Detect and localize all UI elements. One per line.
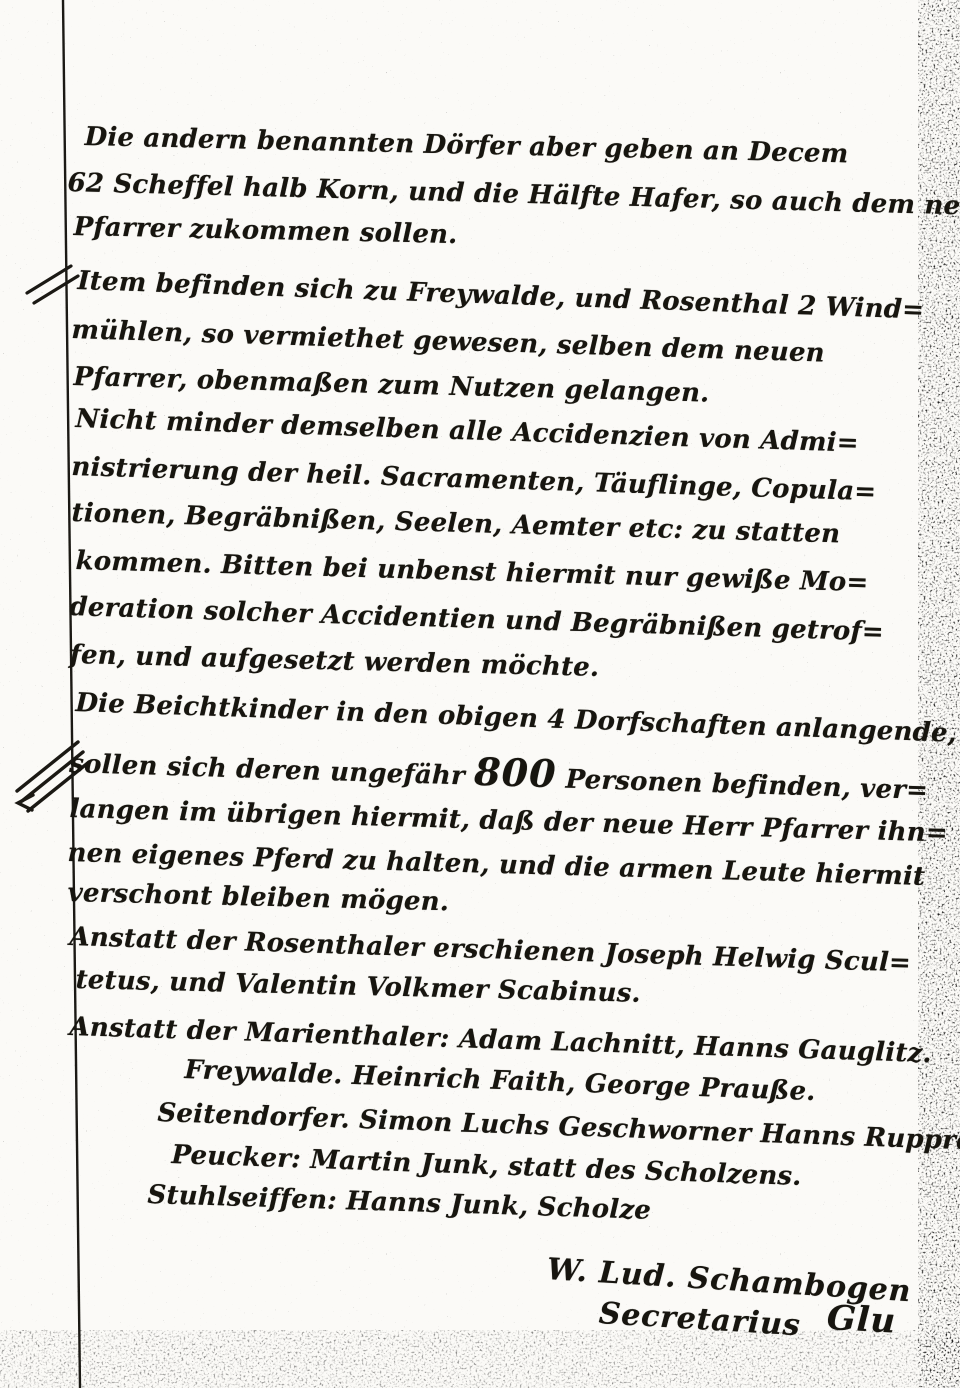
manuscript-line: fen, und aufgesetzt werden möchte. [69,640,599,683]
manuscript-line: sollen sich deren ungefähr 800 Personen … [69,740,929,806]
manuscript-page: Die andern benannten Dörfer aber geben a… [0,0,960,1388]
manuscript-text: Die andern benannten Dörfer aber geben a… [0,0,960,1388]
manuscript-line: Pfarrer zukommen sollen. [73,212,457,250]
signature-title: Secretarius [598,1296,802,1343]
manuscript-line: Die andern benannten Dörfer aber geben a… [84,122,848,169]
signature-flourish: Glu [826,1298,897,1342]
manuscript-line: Stuhlseiffen: Hanns Junk, Scholze [147,1180,651,1226]
manuscript-line: tionen, Begräbnißen, Seelen, Aemter etc:… [71,498,840,549]
emphasized-number-800: 800 [474,749,558,797]
manuscript-line: mühlen, so vermiethet gewesen, selben de… [71,315,825,369]
manuscript-line: Nicht minder demselben alle Accidenzien … [75,404,859,459]
manuscript-line: tetus, und Valentin Volkmer Scabinus. [75,965,641,1009]
manuscript-line: Die Beichtkinder in den obigen 4 Dorfsch… [75,688,958,749]
manuscript-line: Pfarrer, obenmaßen zum Nutzen gelangen. [73,362,710,409]
manuscript-line: Freywalde. Heinrich Faith, George Prauße… [184,1055,816,1107]
manuscript-line: nistrierung der heil. Sacramenten, Täufl… [71,452,877,507]
manuscript-line: Item befinden sich zu Freywalde, und Ros… [77,266,925,326]
manuscript-line: kommen. Bitten bei unbenst hiermit nur g… [75,546,869,598]
manuscript-line: verschont bleiben mögen. [67,878,449,917]
line-text: Personen befinden, ver= [556,764,929,806]
line-text: sollen sich deren ungefähr [69,749,475,792]
manuscript-line: deration solcher Accidentien und Begräbn… [69,592,884,648]
